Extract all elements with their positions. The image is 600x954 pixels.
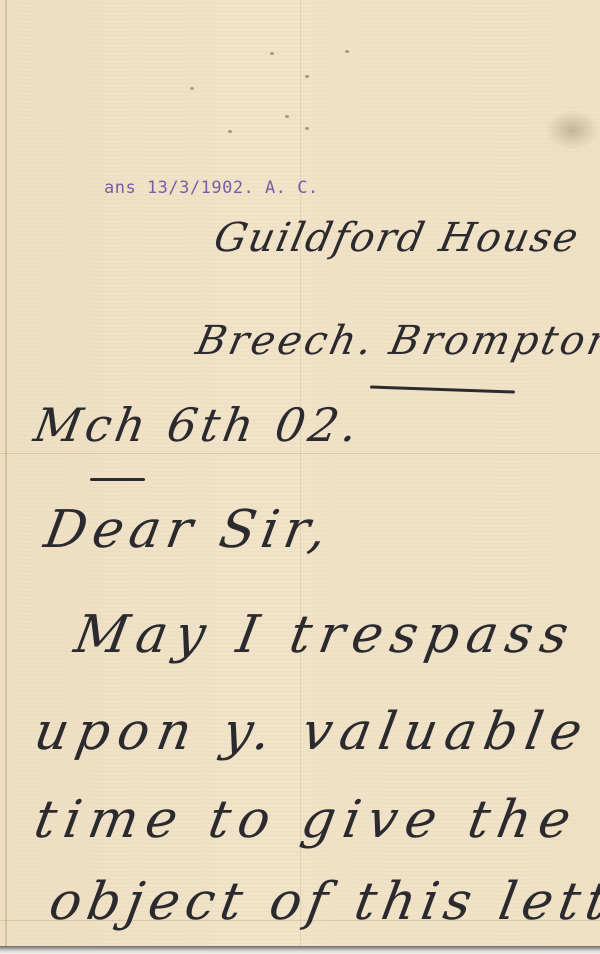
letter-date: Mch 6th 02. — [30, 398, 366, 452]
date-underline — [90, 478, 145, 481]
address-line-1: Guildford House — [210, 215, 584, 261]
salutation: Dear Sir, — [40, 500, 337, 560]
received-stamp: ans 13/3/1902. A. C. — [104, 178, 319, 198]
scan-bottom-edge — [0, 946, 600, 954]
address-underline — [370, 385, 515, 393]
paper-speck — [190, 87, 194, 90]
paper-edge-fold — [5, 0, 7, 946]
body-line: upon y. valuable — [30, 702, 594, 762]
address-line-2: Breech. Brompton — [192, 318, 600, 364]
body-line: object of this letter — [45, 872, 600, 932]
paper-speck — [345, 50, 349, 53]
paper-speck — [228, 130, 232, 133]
body-line: May I trespass — [70, 605, 581, 665]
body-line: time to give the — [30, 790, 583, 850]
paper-speck — [270, 52, 274, 55]
paper-horizontal-crease — [0, 453, 600, 454]
paper-stain — [545, 110, 600, 150]
letter-page: ans 13/3/1902. A. C. Guildford House Bre… — [0, 0, 600, 946]
paper-speck — [305, 127, 309, 130]
paper-speck — [305, 75, 309, 78]
paper-speck — [285, 115, 289, 118]
